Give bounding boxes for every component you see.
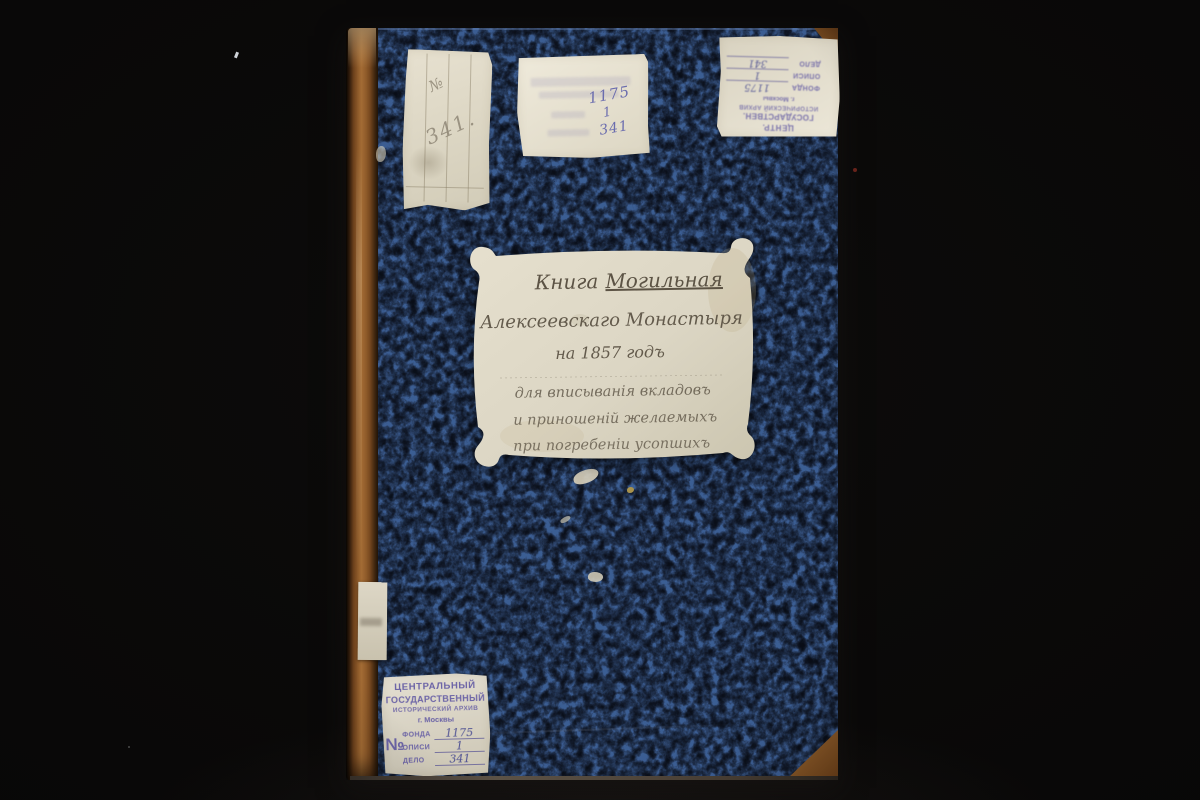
archive-stamp-label: ЦЕНТРАЛЬНЫЙ ГОСУДАРСТВЕННЫЙ ИСТОРИЧЕСКИЙ… xyxy=(381,673,492,778)
stamp-rows: № ФОНДА 1175 ОПИСИ 1 ДЕЛО 341 xyxy=(402,727,485,767)
spine-label xyxy=(358,582,388,660)
stamp-field-value: 1 xyxy=(434,740,484,753)
stamp-field-value: 341 xyxy=(435,753,485,766)
stamp-line: ГОСУДАРСТВЕН. xyxy=(717,110,839,122)
spine-top-wear xyxy=(348,28,376,68)
title-line-3: на 1857 годъ xyxy=(555,342,665,363)
archive-stamp-top: ЦЕНТР. ГОСУДАРСТВЕН. ИСТОРИЧЕСКИЙ АРХИВ … xyxy=(717,55,841,133)
spine-highlight xyxy=(356,148,362,568)
stamp-field-value: 1175 xyxy=(434,727,484,740)
stamp-row: ФОНДА 1175 xyxy=(726,80,820,93)
stamp-field-label: ОПИСИ xyxy=(788,69,820,79)
stamp-field-value: 1175 xyxy=(726,80,788,93)
title-plaque-shape: КнигаМогильная Алексеевскаго Монастыря н… xyxy=(460,228,762,474)
stamp-row: ДЕЛО 341 xyxy=(403,753,485,767)
title-word-mogilnaya: Могильная xyxy=(604,267,723,293)
stamp-line: ЦЕНТРАЛЬНЫЙ xyxy=(381,680,489,694)
stamp-line: ЦЕНТР. xyxy=(717,121,839,133)
faded-stamp-impression xyxy=(547,129,589,137)
stamp-line: ИСТОРИЧЕСКИЙ АРХИВ xyxy=(382,705,490,715)
stamp-line: г. Москвы xyxy=(382,714,490,726)
stamp-field-value: 341 xyxy=(727,56,789,69)
book-spine xyxy=(346,28,378,780)
stamp-field-label: ДЕЛО xyxy=(403,757,435,767)
stamp-field-label: ДЕЛО xyxy=(789,57,821,67)
archive-stamp-bottom: ЦЕНТРАЛЬНЫЙ ГОСУДАРСТВЕННЫЙ ИСТОРИЧЕСКИЙ… xyxy=(381,680,491,768)
faded-stamp-impression xyxy=(551,111,585,119)
page-block-edge xyxy=(350,776,838,780)
inventory-handwriting: 1175 1 341 xyxy=(587,83,637,141)
stamp-field-label: ФОНДА xyxy=(402,731,434,741)
stamp-row: ОПИСИ 1 xyxy=(402,740,484,754)
book: № 341. 1175 1 341 ЦЕНТР. ГОСУДАРСТВЕН. И… xyxy=(346,28,838,780)
stamp-row: ФОНДА 1175 xyxy=(402,727,484,741)
handwritten-no-sign: № xyxy=(426,67,459,95)
stamp-line: ГОСУДАРСТВЕННЫЙ xyxy=(381,693,489,706)
dust-speck xyxy=(234,52,239,59)
label-smudge xyxy=(360,618,382,626)
shelf-label-handwriting: № 341. xyxy=(402,67,479,150)
title-word-kniga: Книга xyxy=(534,269,599,294)
stamp-field-label: ОПИСИ xyxy=(403,744,435,754)
number-sign: № xyxy=(385,735,404,755)
label-smudge xyxy=(408,145,449,180)
dust-speck xyxy=(128,746,130,748)
inventory-label: 1175 1 341 xyxy=(516,54,650,159)
shelf-label: № 341. xyxy=(401,49,492,211)
cover-top-edge-highlight xyxy=(378,28,838,30)
handwritten-number: 341. xyxy=(422,106,480,150)
red-speck xyxy=(853,168,857,172)
photo-backdrop: № 341. 1175 1 341 ЦЕНТР. ГОСУДАРСТВЕН. И… xyxy=(0,0,1200,800)
archive-stamp-label-flipped: ЦЕНТР. ГОСУДАРСТВЕН. ИСТОРИЧЕСКИЙ АРХИВ … xyxy=(717,34,842,139)
title-line-1: КнигаМогильная xyxy=(534,267,723,294)
stamp-field-label: ФОНДА xyxy=(788,81,820,91)
stamp-rows: ФОНДА 1175 ОПИСИ 1 ДЕЛО 341 xyxy=(726,56,821,93)
stamp-field-value: 1 xyxy=(726,68,788,81)
title-line-4: для вписыванія вкладовъ xyxy=(515,382,711,401)
title-plaque: КнигаМогильная Алексеевскаго Монастыря н… xyxy=(460,228,762,474)
